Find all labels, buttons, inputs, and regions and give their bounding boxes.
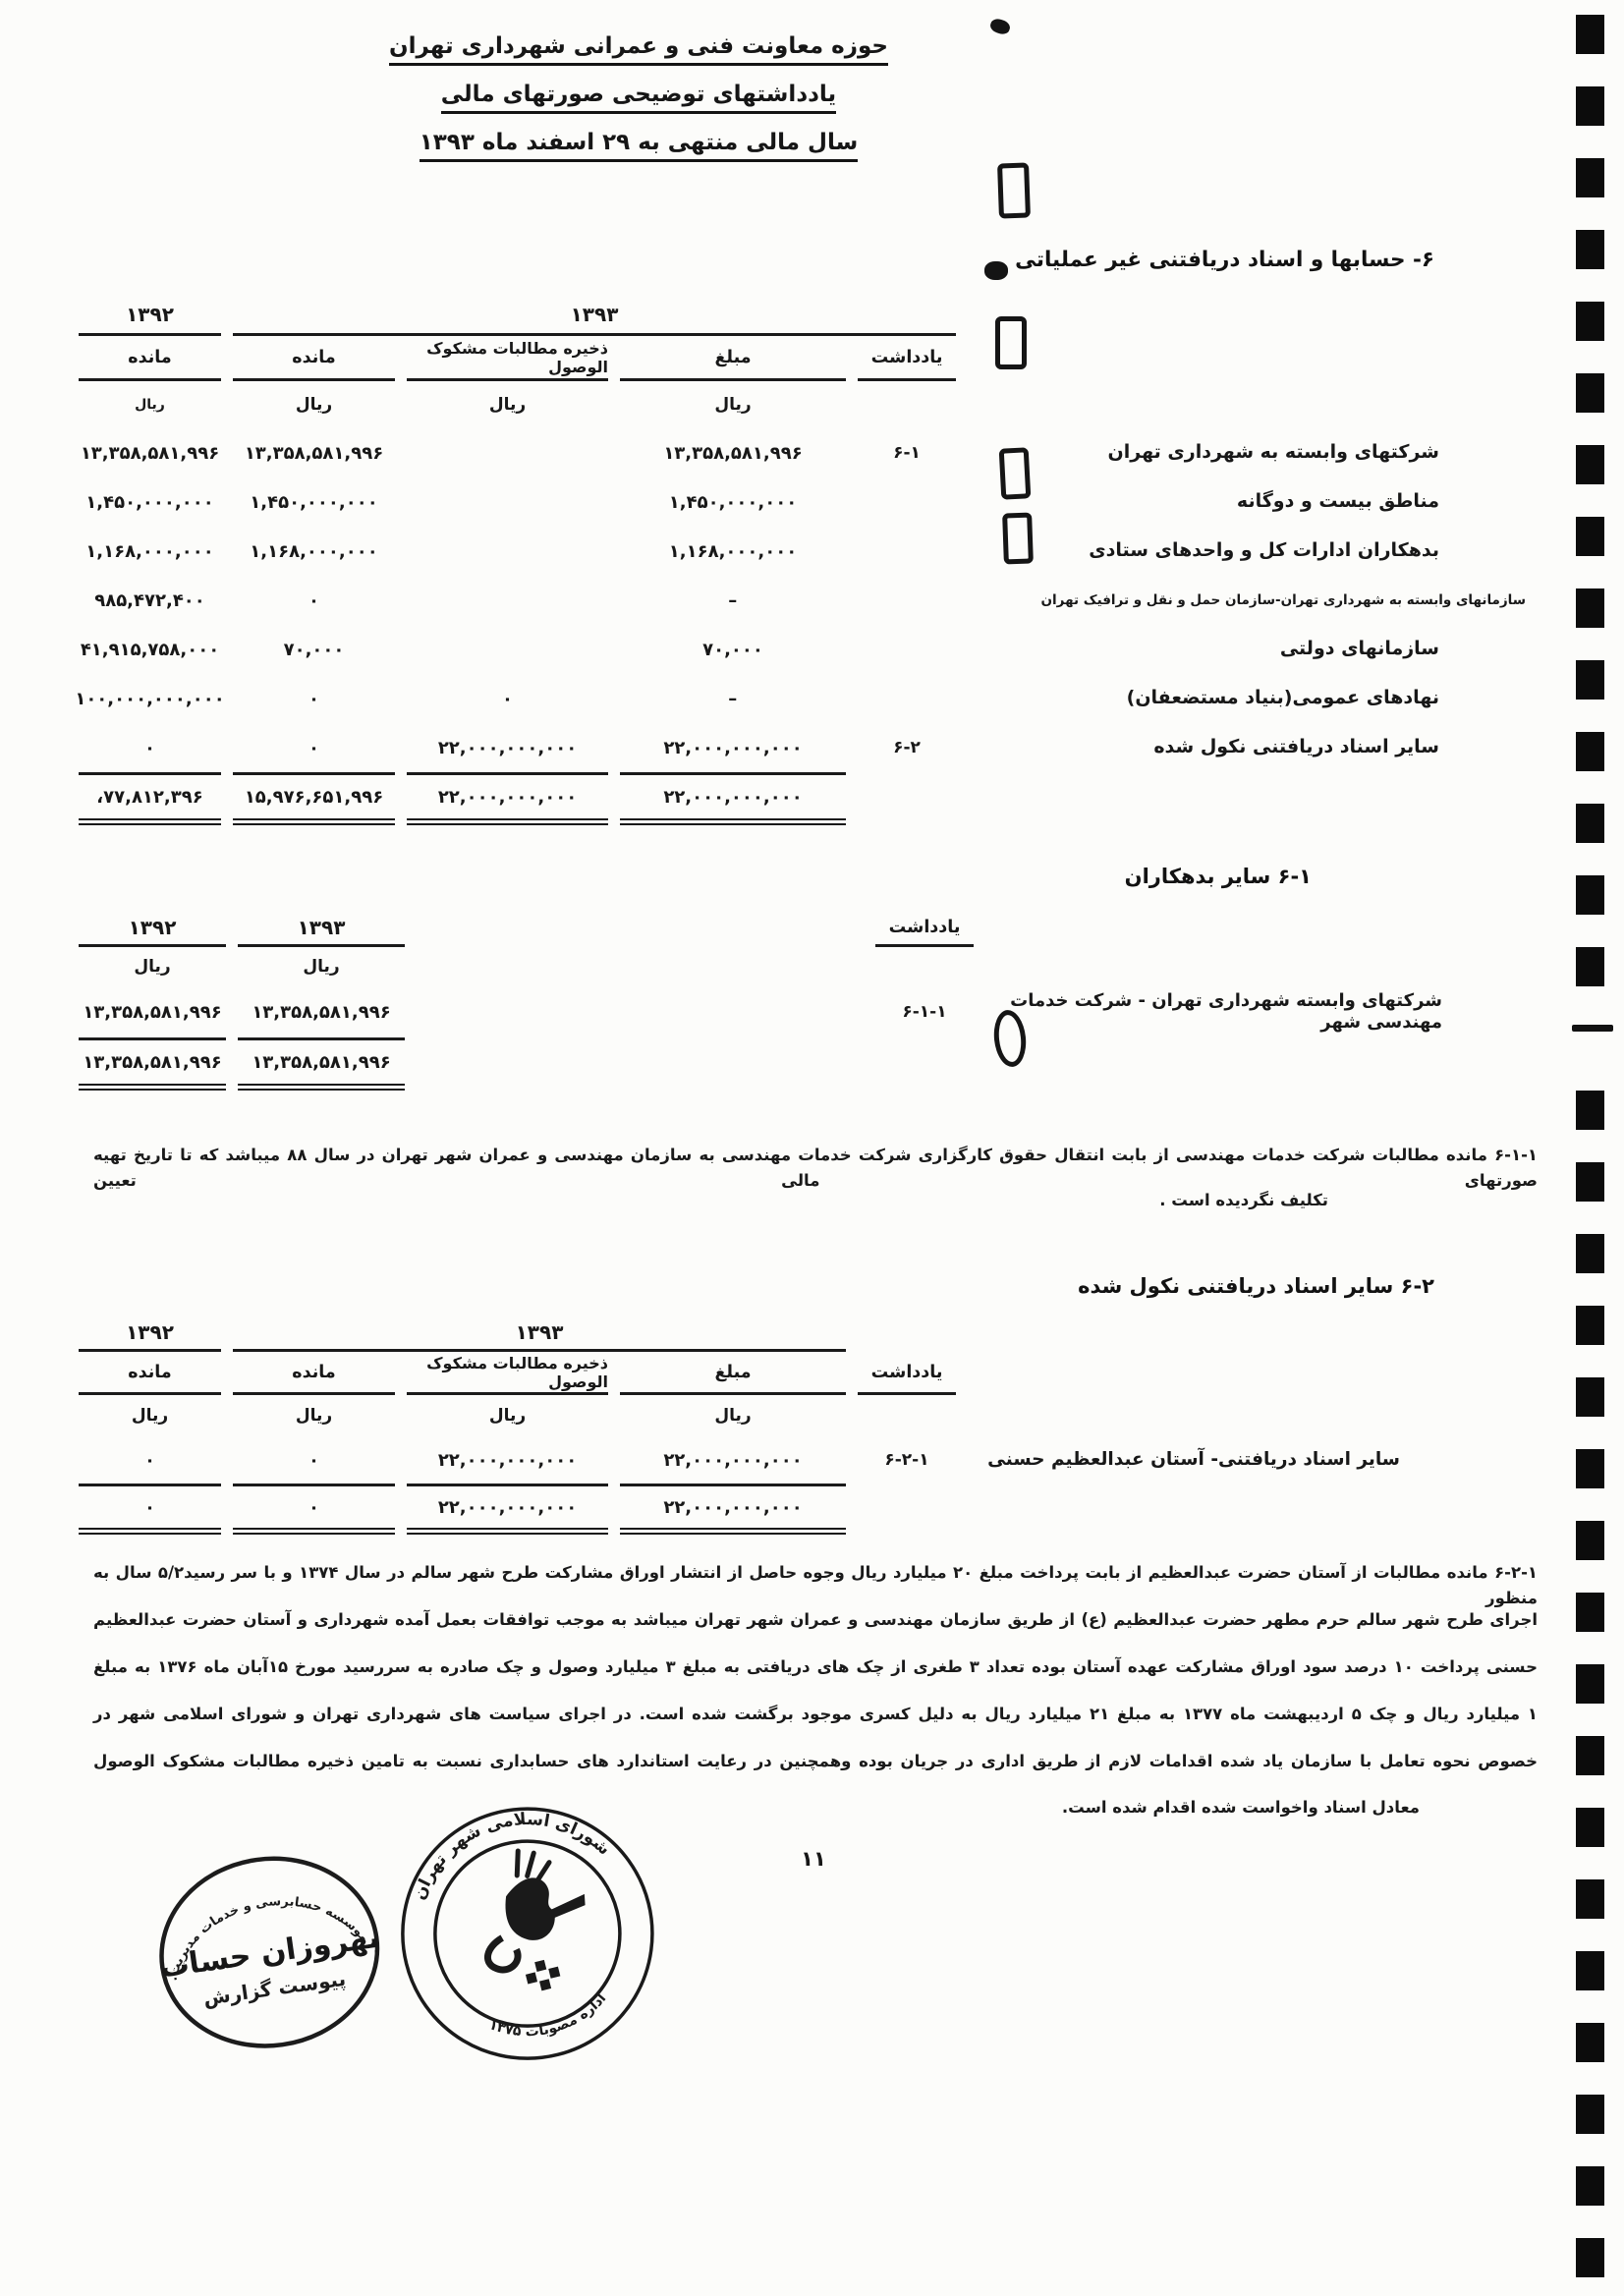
header-line-2: یادداشتهای توضیحی صورتهای مالی (324, 82, 953, 114)
provision-cell: ۲۲,۰۰۰,۰۰۰,۰۰۰ (407, 723, 608, 772)
provision-cell: ۰ (407, 674, 608, 723)
punch-hole (997, 162, 1031, 218)
receivables-table: ۱۳۹۳ ۱۳۹۲ یادداشت مبلغ ذخیره مطالبات مشک… (79, 295, 1538, 825)
spacer-cell (417, 986, 864, 1037)
spacer-cell (968, 381, 1538, 428)
balance-1393-cell: ۰ (233, 723, 395, 772)
provision-column-header: ذخیره مطالبات مشکوک الوصول (407, 1352, 608, 1395)
note-6-2-1-line-2: اجرای طرح شهر سالم حرم مطهر حضرت عبدالعظ… (93, 1607, 1538, 1633)
year-1393-header: ۱۳۹۳ (233, 295, 956, 336)
provision-cell (407, 576, 608, 625)
provision-total: ۲۲,۰۰۰,۰۰۰,۰۰۰ (407, 772, 608, 825)
scan-artifact (1572, 1025, 1613, 1032)
row-label: نهادهای عمومی(بنیاد مستضعفان) (968, 674, 1538, 723)
note-6-2-1-line-3: حسنی پرداخت ۱۰ درصد سود اوراق مشارکت عهد… (93, 1654, 1538, 1680)
dishonored-notes-table: ۱۳۹۳ ۱۳۹۲ یادداشت مبلغ ذخیره مطالبات مشک… (79, 1315, 1538, 1535)
note-ref: ۶-۱-۱ (875, 986, 974, 1037)
balance-1393-cell: ۱,۱۶۸,۰۰۰,۰۰۰ (233, 527, 395, 576)
section-6-1-title: ۶-۱ سایر بدهکاران (835, 865, 1312, 888)
punch-hole (1002, 512, 1034, 564)
balance-1392-cell: ۱۳,۳۵۸,۵۸۱,۹۹۶ (79, 428, 221, 477)
balance-1392-cell: ۰ (79, 1436, 221, 1484)
provision-cell (407, 477, 608, 527)
row-label: بدهکاران ادارات کل و واحدهای ستادی (968, 527, 1538, 576)
stamp-ring-bottom-text: اداره مصوبات ۱۳۷۵ (483, 1988, 614, 2052)
amount-cell: ۲۲,۰۰۰,۰۰۰,۰۰۰ (620, 723, 846, 772)
note-6-2-1-line-1: ۶-۲-۱ مانده مطالبات از آستان حضرت عبدالع… (93, 1560, 1538, 1612)
value-1393-total: ۱۳,۳۵۸,۵۸۱,۹۹۶ (238, 1037, 405, 1091)
provision-cell: ۲۲,۰۰۰,۰۰۰,۰۰۰ (407, 1436, 608, 1484)
header-line-1: حوزه معاونت فنی و عمرانی شهرداری تهران (324, 33, 953, 66)
currency-label: ریال (238, 947, 405, 986)
row-label: سازمانهای دولتی (968, 625, 1538, 674)
note-column-header: یادداشت (875, 910, 974, 947)
value-1392-total: ۱۳,۳۵۸,۵۸۱,۹۹۶ (79, 1037, 226, 1091)
note-6-1-1-marker: ۶-۱-۱ (1494, 1146, 1538, 1164)
section-6-2-title: ۶-۲ سایر اسناد دریافتنی نکول شده (933, 1274, 1434, 1298)
spacer-cell (985, 910, 1536, 947)
amount-total: ۲۲,۰۰۰,۰۰۰,۰۰۰ (620, 772, 846, 825)
row-label: شرکتهای وابسته به شهرداری تهران (968, 428, 1538, 477)
note-6-2-1-line-6: معادل اسناد واخواست شده اقدام شده است. (1062, 1798, 1420, 1817)
spacer-cell (417, 1037, 864, 1091)
year-1392-header: ۱۳۹۲ (79, 910, 226, 947)
row-label: مناطق بیست و دوگانه (968, 477, 1538, 527)
amount-cell: ۷۰,۰۰۰ (620, 625, 846, 674)
year-1393-header: ۱۳۹۳ (233, 1315, 846, 1352)
note-ref (858, 477, 956, 527)
section-6-title: ۶- حسابها و اسناد دریافتنی غیر عملیاتی (933, 248, 1434, 272)
other-debtors-table: یادداشت ۱۳۹۳ ۱۳۹۲ ریال ریال شرکتهای وابس… (79, 910, 1536, 1091)
balance-1392-cell: ۱۰۰,۰۰۰,۰۰۰,۰۰۰ (79, 674, 221, 723)
svg-text:اداره مصوبات ۱۳۷۵: اداره مصوبات ۱۳۷۵ (483, 1988, 614, 2052)
currency-label: ریال (620, 1395, 846, 1436)
balance-1392-total: ۰ (79, 1484, 221, 1535)
amount-total: ۲۲,۰۰۰,۰۰۰,۰۰۰ (620, 1484, 846, 1535)
balance-1393-total: ۱۵,۹۷۶,۶۵۱,۹۹۶ (233, 772, 395, 825)
page-number: ۱۱ (791, 1847, 836, 1871)
note-ref (858, 625, 956, 674)
balance-1393-column-header: مانده (233, 1352, 395, 1395)
balance-1392-cell: ۴۱,۹۱۵,۷۵۸,۰۰۰ (79, 625, 221, 674)
spacer-cell (858, 1484, 956, 1535)
spacer-cell (858, 381, 956, 428)
balance-1392-cell: ۱,۱۶۸,۰۰۰,۰۰۰ (79, 527, 221, 576)
balance-1392-cell: ۱,۴۵۰,۰۰۰,۰۰۰ (79, 477, 221, 527)
balance-1392-cell: ۰ (79, 723, 221, 772)
note-ref: ۶-۱ (858, 428, 956, 477)
spacer-cell (985, 947, 1536, 986)
currency-label: ریال (620, 381, 846, 428)
punch-hole (999, 447, 1032, 499)
spacer-cell (875, 947, 974, 986)
provision-cell (407, 625, 608, 674)
scan-artifact (1570, 1012, 1613, 1067)
year-1392-header: ۱۳۹۲ (79, 295, 221, 336)
balance-1392-column-header: مانده (79, 1352, 221, 1395)
spacer-cell (417, 910, 864, 947)
note-6-1-1-line-2: تکلیف نگردیده است . (1159, 1191, 1328, 1209)
value-1392-cell: ۱۳,۳۵۸,۵۸۱,۹۹۶ (79, 986, 226, 1037)
note-ref (858, 527, 956, 576)
currency-label: ریال (233, 1395, 395, 1436)
currency-label: ریال (407, 1395, 608, 1436)
note-6-2-1-line-4: ۱ میلیارد ریال و چک ۵ اردیبهشت ماه ۱۳۷۷ … (93, 1702, 1538, 1727)
note-column-header: یادداشت (858, 1352, 956, 1395)
spacer-cell (968, 1395, 1538, 1436)
row-label: سازمانهای وابسته به شهرداری تهران-سازمان… (968, 576, 1538, 625)
binding-marks (1576, 15, 1604, 2286)
spacer-cell (968, 295, 1538, 336)
note-column-header: یادداشت (858, 336, 956, 381)
amount-cell: ۱۳,۳۵۸,۵۸۱,۹۹۶ (620, 428, 846, 477)
currency-label: ریال (79, 1395, 221, 1436)
balance-1393-cell: ۱۳,۳۵۸,۵۸۱,۹۹۶ (233, 428, 395, 477)
svg-text:شورای اسلامی شهر تهران: شورای اسلامی شهر تهران (395, 1788, 616, 1907)
balance-1392-column-header: مانده (79, 336, 221, 381)
currency-label: ریال (79, 381, 221, 428)
row-label: سایر اسناد دریافتنی- آستان عبدالعظیم حسن… (968, 1436, 1538, 1484)
balance-1393-total: ۰ (233, 1484, 395, 1535)
provision-total: ۲۲,۰۰۰,۰۰۰,۰۰۰ (407, 1484, 608, 1535)
spacer-cell (968, 1352, 1538, 1395)
note-6-1-1-line-1: ۶-۱-۱ مانده مطالبات شرکت خدمات مهندسی از… (93, 1143, 1538, 1195)
note-6-2-1-marker: ۶-۲-۱ (1494, 1563, 1538, 1582)
spacer-cell (968, 772, 1538, 825)
scan-mark (988, 17, 1011, 35)
amount-column-header: مبلغ (620, 1352, 846, 1395)
currency-label: ریال (233, 381, 395, 428)
note-ref (858, 576, 956, 625)
note-ref: ۶-۲-۱ (858, 1436, 956, 1484)
row-label: سایر اسناد دریافتنی نکول شده (968, 723, 1538, 772)
stamp-firm-name: بهروزان حساب (157, 1921, 381, 1986)
row-label: شرکتهای وابسته شهرداری تهران - شرکت خدما… (985, 986, 1536, 1037)
spacer-cell (875, 1037, 974, 1091)
spacer-cell (968, 1484, 1538, 1535)
balance-1393-cell: ۰ (233, 576, 395, 625)
balance-1393-column-header: مانده (233, 336, 395, 381)
balance-1392-total: ،۷۷,۸۱۲,۳۹۶ (79, 772, 221, 825)
amount-cell: ۲۲,۰۰۰,۰۰۰,۰۰۰ (620, 1436, 846, 1484)
currency-label: ریال (407, 381, 608, 428)
year-1393-header: ۱۳۹۳ (238, 910, 405, 947)
spacer-cell (417, 947, 864, 986)
spacer-cell (858, 1395, 956, 1436)
amount-cell: – (620, 576, 846, 625)
balance-1393-cell: ۷۰,۰۰۰ (233, 625, 395, 674)
document-page: حوزه معاونت فنی و عمرانی شهرداری تهران ی… (0, 0, 1624, 2296)
year-1392-header: ۱۳۹۲ (79, 1315, 221, 1352)
spacer-cell (968, 336, 1538, 381)
document-header: حوزه معاونت فنی و عمرانی شهرداری تهران ی… (324, 33, 953, 178)
note-ref (858, 674, 956, 723)
value-1393-cell: ۱۳,۳۵۸,۵۸۱,۹۹۶ (238, 986, 405, 1037)
spacer-cell (968, 1315, 1538, 1352)
header-line-3: سال مالی منتهی به ۲۹ اسفند ماه ۱۳۹۳ (324, 130, 953, 162)
currency-label: ریال (79, 947, 226, 986)
amount-cell: ۱,۴۵۰,۰۰۰,۰۰۰ (620, 477, 846, 527)
balance-1392-cell: ۹۸۵,۴۷۲,۴۰۰ (79, 576, 221, 625)
amount-column-header: مبلغ (620, 336, 846, 381)
stamp-ring-top-text: شورای اسلامی شهر تهران (395, 1788, 616, 1907)
provision-cell (407, 428, 608, 477)
balance-1393-cell: ۰ (233, 1436, 395, 1484)
provision-cell (407, 527, 608, 576)
note-ref: ۶-۲ (858, 723, 956, 772)
punch-hole (995, 316, 1027, 369)
amount-cell: ۱,۱۶۸,۰۰۰,۰۰۰ (620, 527, 846, 576)
note-6-2-1-line-5: خصوص نحوه تعامل با سازمان یاد شده اقداما… (93, 1749, 1538, 1774)
balance-1393-cell: ۰ (233, 674, 395, 723)
balance-1393-cell: ۱,۴۵۰,۰۰۰,۰۰۰ (233, 477, 395, 527)
provision-column-header: ذخیره مطالبات مشکوک الوصول (407, 336, 608, 381)
spacer-cell (985, 1037, 1536, 1091)
spacer-cell (858, 772, 956, 825)
scan-mark (984, 261, 1008, 280)
amount-cell: – (620, 674, 846, 723)
